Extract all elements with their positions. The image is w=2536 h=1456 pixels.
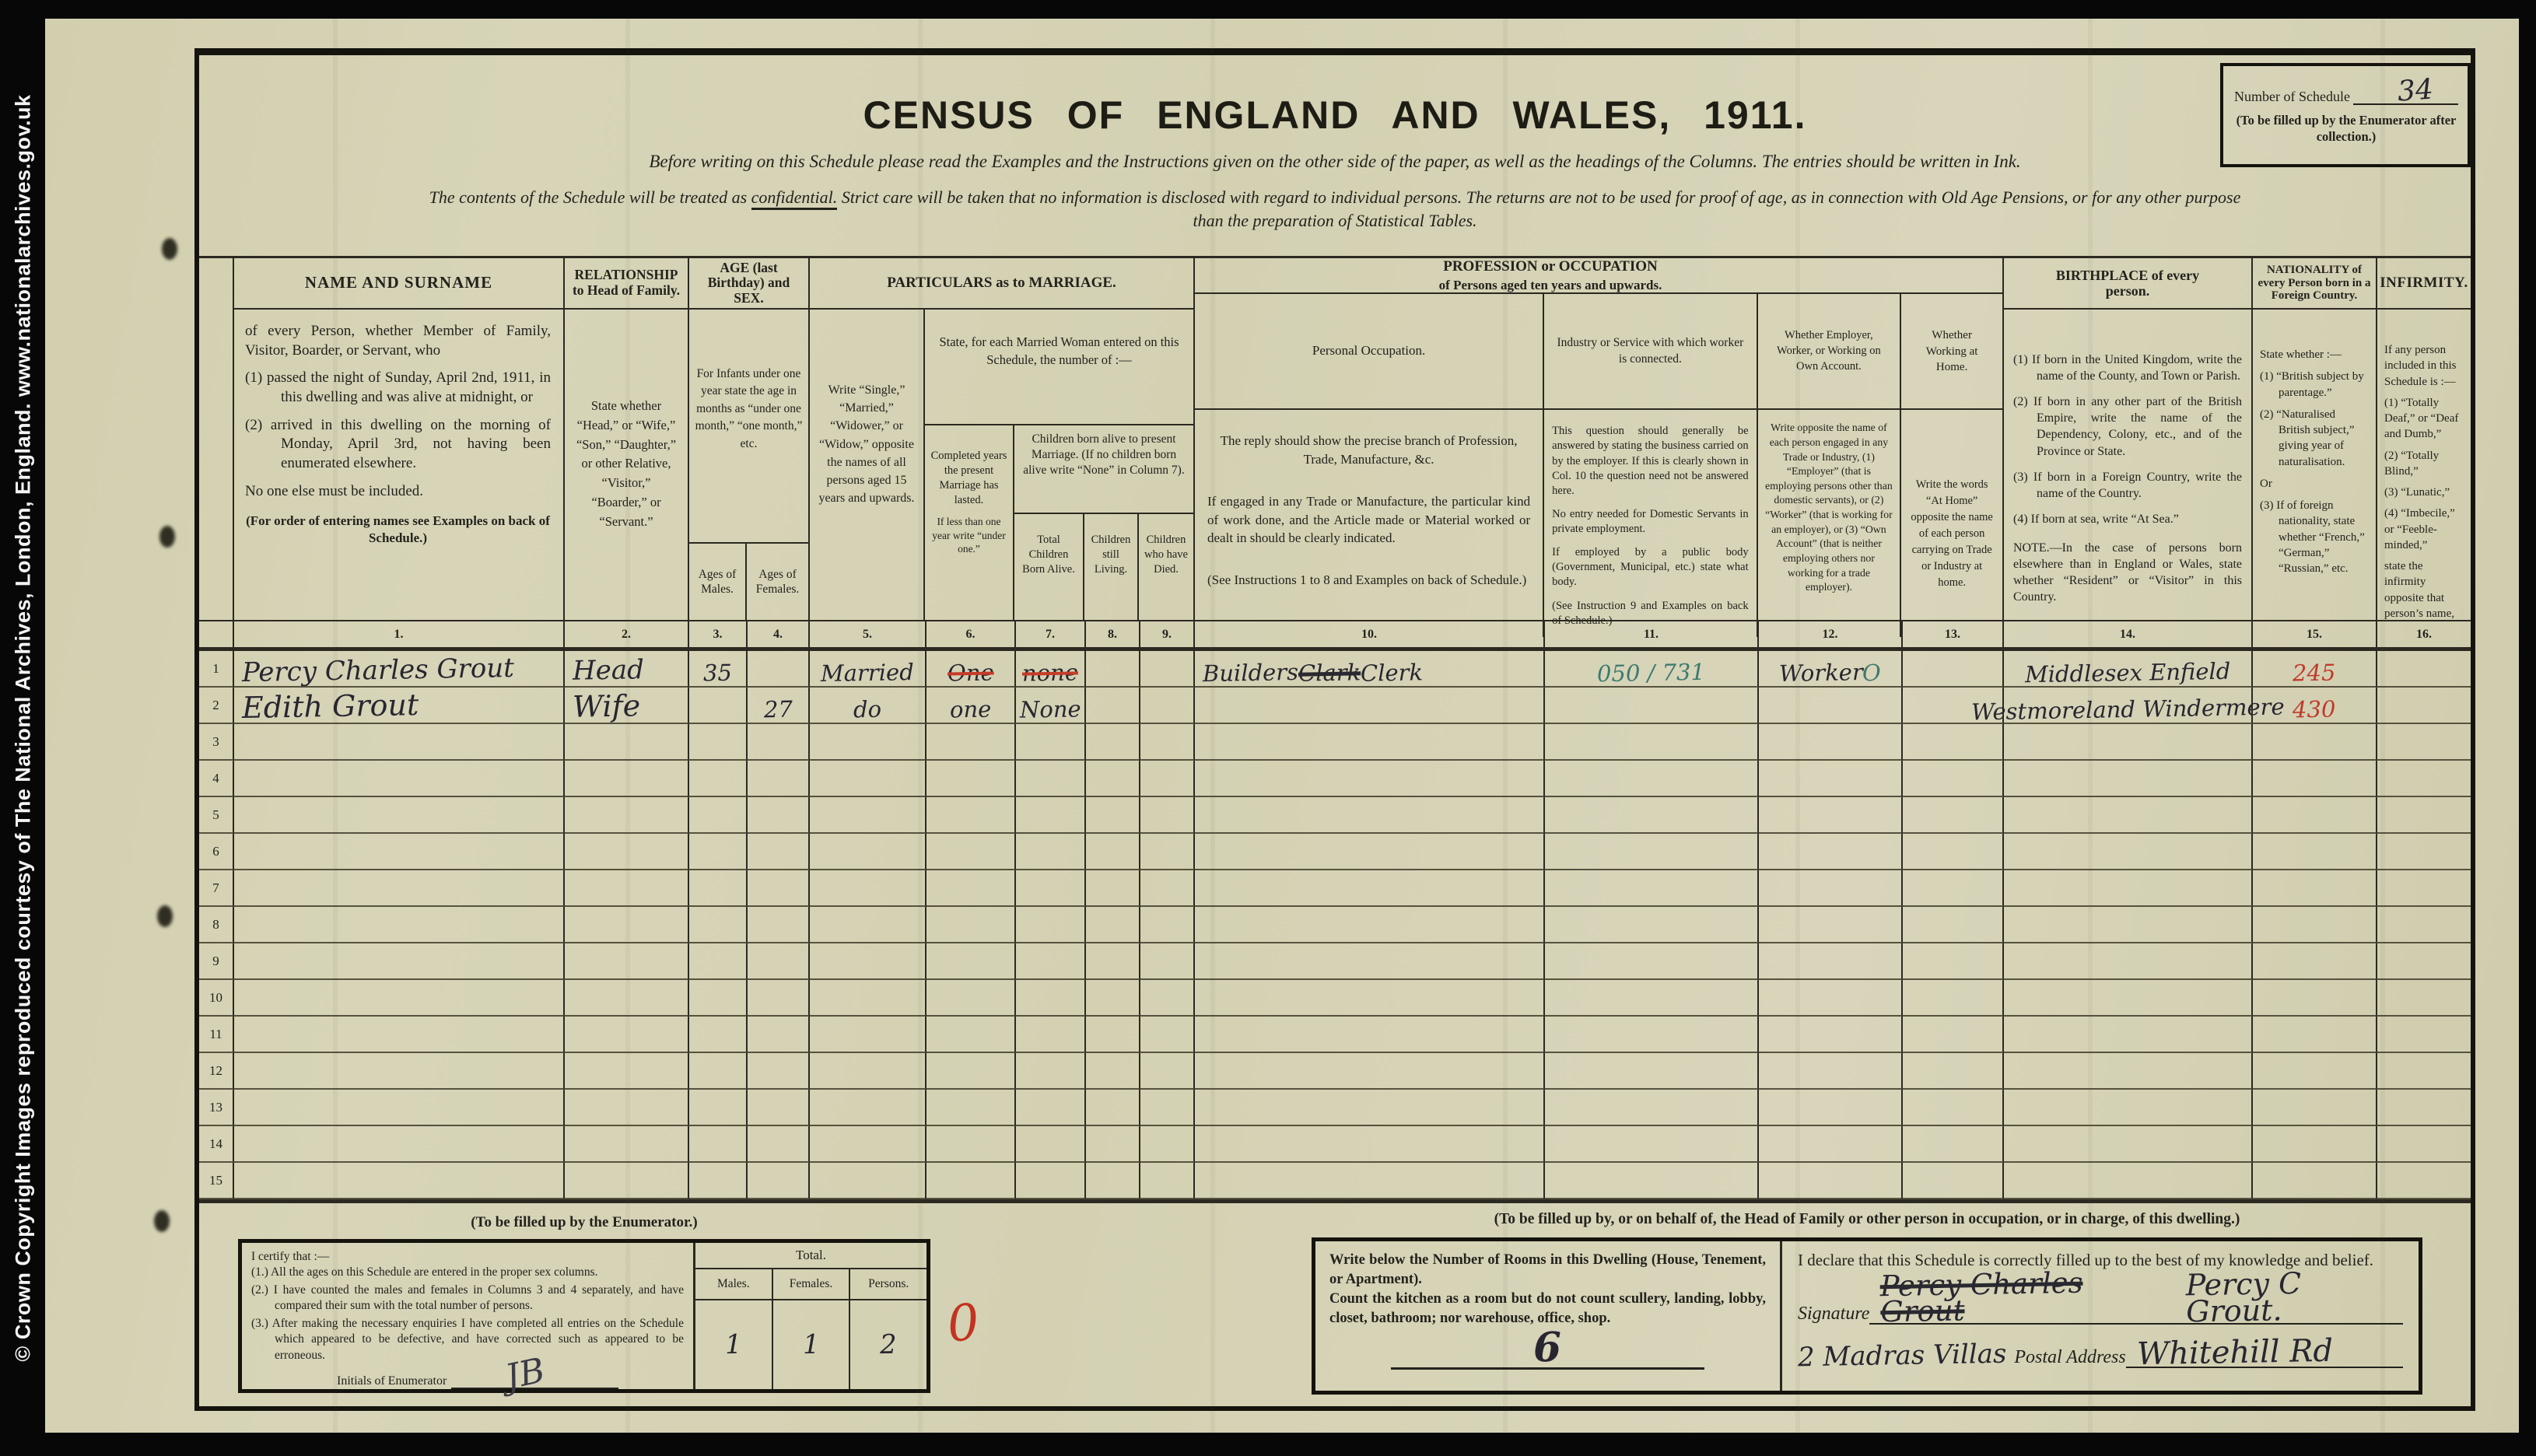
table-cell [1016, 1126, 1086, 1163]
handwritten-entry: 050 / 731 [1597, 662, 1705, 684]
industry-desc: This question should generally be answer… [1544, 410, 1756, 637]
signature-struck: Percy Charles Grout [1880, 1269, 2173, 1325]
row-number: 10 [199, 980, 234, 1017]
column-number: 3. [689, 621, 748, 647]
column-number: 10. [1195, 621, 1545, 647]
column-number: 7. [1016, 621, 1086, 647]
handwritten-entry: Clerk [1361, 662, 1424, 683]
table-cell [1195, 761, 1545, 797]
row-number: 2 [199, 688, 234, 724]
table-cell [1016, 1017, 1086, 1053]
table-cell [1016, 1053, 1086, 1090]
row-number: 8 [199, 907, 234, 943]
table-row: 9 [199, 943, 2471, 980]
at-home-title: Whether Working at Home. [1901, 294, 2002, 410]
table-cell [748, 870, 810, 907]
signature-row: Signature Percy Charles Grout Percy C Gr… [1798, 1293, 2403, 1325]
table-row: 8 [199, 907, 2471, 943]
table-cell: one [926, 688, 1016, 724]
table-cell [810, 1163, 926, 1199]
table-body: 1Percy Charles GroutHead35MarriedOnenone… [199, 651, 2471, 1203]
table-cell [1195, 943, 1545, 980]
postal-address-line: Whitehill Rd [2126, 1337, 2403, 1368]
table-cell [1759, 1053, 1903, 1090]
table-cell [2377, 943, 2471, 980]
table-cell [565, 797, 689, 834]
column-relationship-desc: State whether “Head,” or “Wife,” “Son,” … [565, 310, 688, 620]
table-cell [234, 943, 565, 980]
table-cell [565, 980, 689, 1017]
signature-line: Percy Charles Grout Percy C Grout. [1869, 1293, 2403, 1325]
birthplace-i2: (2) If born in any other part of the Bri… [2013, 394, 2242, 459]
table-cell [1759, 834, 1903, 870]
table-cell [2377, 834, 2471, 870]
table-cell [689, 688, 748, 724]
table-cell: 245 [2253, 651, 2377, 688]
industry-p3: If employed by a public body (Government… [1552, 545, 1748, 590]
table-cell [2004, 1126, 2253, 1163]
table-cell: 050 / 731 [1545, 651, 1759, 688]
column-completed-years: Com­pleted years the present Marriage ha… [925, 425, 1014, 620]
table-cell [2377, 1090, 2471, 1126]
table-cell [926, 980, 1016, 1017]
column-number: 11. [1545, 621, 1759, 647]
table-cell [1759, 943, 1903, 980]
totals-persons-hw: 2 [880, 1333, 897, 1357]
signature-label: Signature [1798, 1304, 1869, 1325]
table-cell [2004, 907, 2253, 943]
handwritten-entry: do [853, 699, 881, 720]
table-cell [1545, 724, 1759, 761]
table-cell [1903, 724, 2004, 761]
table-cell [1086, 1163, 1140, 1199]
form-header: Number of Schedule 34 (To be filled up b… [199, 55, 2471, 256]
table-cell [1545, 980, 1759, 1017]
table-cell [1759, 907, 1903, 943]
table-cell [2377, 797, 2471, 834]
rooms-value-line: 6 [1391, 1330, 1705, 1370]
column-number: 1. [234, 621, 565, 647]
table-cell [926, 1053, 1016, 1090]
handwritten-entry: 35 [703, 663, 732, 684]
table-cell [1545, 1017, 1759, 1053]
row-number: 4 [199, 761, 234, 797]
nationality-i2: (2) “Naturalised British subject,” givin… [2260, 407, 2369, 470]
column-personal-occupation: Personal Occupation. The reply should sh… [1195, 294, 1544, 637]
totals-persons: Persons. 2 [850, 1269, 926, 1389]
census-form-paper: Number of Schedule 34 (To be filled up b… [45, 19, 2519, 1433]
enumerator-certify: I certify that :— [251, 1249, 684, 1265]
table-cell [1545, 797, 1759, 834]
children-intro: Children born alive to present Marriage.… [1014, 425, 1193, 514]
table-cell [2004, 1090, 2253, 1126]
punch-hole [159, 526, 175, 548]
birthplace-i1: (1) If born in the United Kingdom, write… [2013, 352, 2242, 384]
table-cell [1545, 943, 1759, 980]
table-cell [1759, 980, 1903, 1017]
totals-table: Total. Males. 1 Females. 1 Perso [693, 1243, 926, 1389]
table-cell [748, 1126, 810, 1163]
row-number: 13 [199, 1090, 234, 1126]
table-cell [810, 1017, 926, 1053]
personal-occupation-desc: The reply should show the precise branch… [1195, 410, 1543, 637]
table-cell [1140, 688, 1195, 724]
totals-females-value: 1 [773, 1300, 849, 1389]
handwritten-entry: Wife [573, 692, 641, 720]
totals-persons-value: 2 [850, 1300, 926, 1389]
table-cell [810, 797, 926, 834]
table-cell [1545, 907, 1759, 943]
table-cell [748, 1017, 810, 1053]
table-cell: Married [810, 651, 926, 688]
table-cell [1903, 1090, 2004, 1126]
table-cell [1903, 651, 2004, 688]
instruction-line-2-post: Strict care will be taken that no inform… [837, 187, 2240, 207]
table-cell: Worker O [1759, 651, 1903, 688]
table-cell: 27 [748, 688, 810, 724]
totals-males-label: Males. [695, 1269, 772, 1300]
table-cell [1195, 688, 1545, 724]
table-cell [1759, 688, 1903, 724]
table-cell [810, 1053, 926, 1090]
instruction-line-3: than the preparation of Statistical Tabl… [199, 211, 2471, 231]
table-cell [1545, 1090, 1759, 1126]
table-cell [748, 1053, 810, 1090]
column-birthplace-title: BIRTHPLACE of every person. [2004, 258, 2251, 310]
table-cell [1016, 724, 1086, 761]
column-number: 12. [1759, 621, 1903, 647]
table-cell [1086, 907, 1140, 943]
column-relationship: RELATIONSHIP to Head of Family. State wh… [565, 258, 689, 620]
table-cell [1086, 688, 1140, 724]
married-woman-intro: State, for each Married Woman entered on… [925, 310, 1193, 425]
table-row: 2Edith GroutWife27dooneNoneWestmoreland … [199, 688, 2471, 724]
name-desc-item2: (2) arrived in this dwelling on the morn… [245, 416, 551, 474]
infirmity-i3: (3) “Lunatic,” [2384, 485, 2464, 500]
column-number: 14. [2004, 621, 2253, 647]
table-cell [2004, 980, 2253, 1017]
table-cell [2004, 1163, 2253, 1199]
table-cell [1140, 980, 1195, 1017]
table-cell: Percy Charles Grout [234, 651, 565, 688]
table-cell [1086, 797, 1140, 834]
column-industry: Industry or Service with which worker is… [1544, 294, 1757, 637]
row-number-column-spacer [199, 258, 234, 620]
table-cell [1759, 1163, 1903, 1199]
table-cell [565, 724, 689, 761]
completed-years-main: Com­pleted years the present Marriage ha… [929, 449, 1009, 507]
table-cell [2377, 870, 2471, 907]
table-cell [810, 870, 926, 907]
table-row: 10 [199, 980, 2471, 1017]
table-cell [748, 761, 810, 797]
table-cell [2253, 1017, 2377, 1053]
table-cell [810, 761, 926, 797]
declaration-cell: I declare that this Schedule is correctl… [1782, 1241, 2419, 1391]
name-desc-intro: of every Person, whether Member of Famil… [245, 322, 551, 360]
column-number: 16. [2377, 621, 2471, 647]
table-cell [689, 797, 748, 834]
table-cell [2253, 797, 2377, 834]
profession-subrow: Personal Occupation. The reply should sh… [1195, 294, 2002, 637]
column-birthplace-desc: (1) If born in the United Kingdom, write… [2004, 310, 2251, 620]
table-row: 13 [199, 1090, 2471, 1126]
table-cell [1759, 761, 1903, 797]
table-cell [565, 1090, 689, 1126]
table-cell [748, 943, 810, 980]
table-cell [1016, 834, 1086, 870]
birthplace-i3: (3) If born in a Foreign Country, write … [2013, 469, 2242, 502]
table-cell [1545, 870, 1759, 907]
table-cell [1903, 1053, 2004, 1090]
household-box: Write below the Number of Rooms in this … [1312, 1237, 2422, 1395]
table-cell [689, 870, 748, 907]
table-cell [926, 943, 1016, 980]
enumerator-initials-value: JB [503, 1351, 548, 1398]
table-row: 1Percy Charles GroutHead35MarriedOnenone… [199, 651, 2471, 688]
table-cell [2377, 1163, 2471, 1199]
column-children-living: Children still Living. [1084, 514, 1139, 620]
table-cell [1903, 834, 2004, 870]
table-cell [689, 1163, 748, 1199]
table-cell [1903, 943, 2004, 980]
postal-address-label: Postal Address [2014, 1347, 2125, 1368]
table-cell: Westmoreland Windermere [2004, 688, 2253, 724]
column-group-marriage: PARTICULARS as to MARRIAGE. Write “Singl… [810, 258, 1195, 620]
employer-title: Whether Employer, Worker, or Working on … [1758, 294, 1900, 410]
table-cell [689, 1017, 748, 1053]
name-desc-noone: No one else must be included. [245, 482, 551, 502]
table-cell [1016, 907, 1086, 943]
column-number-spacer [199, 621, 234, 647]
table-cell [1086, 1053, 1140, 1090]
table-cell [2377, 907, 2471, 943]
table-cell [689, 834, 748, 870]
table-cell [1140, 761, 1195, 797]
column-numbers-row: 1.2.3.4.5.6.7.8.9.10.11.12.13.14.15.16. [199, 621, 2471, 651]
table-cell [748, 1163, 810, 1199]
row-number: 9 [199, 943, 234, 980]
children-group: Children born alive to present Marriage.… [1014, 425, 1193, 620]
name-desc-order: (For order of entering names see Example… [245, 513, 551, 547]
table-row: 11 [199, 1017, 2471, 1053]
personal-occupation-p2: If engaged in any Trade or Manufacture, … [1207, 492, 1530, 548]
personal-occupation-p3: (See Instructions 1 to 8 and Examples on… [1207, 571, 1530, 590]
table-cell [689, 1126, 748, 1163]
handwritten-entry: O [1862, 663, 1881, 684]
column-marriage-title: PARTICULARS as to MARRIAGE. [810, 258, 1193, 310]
punch-hole [157, 905, 173, 927]
table-cell [810, 980, 926, 1017]
table-cell [2377, 1126, 2471, 1163]
table-cell [234, 980, 565, 1017]
table-cell [1903, 1126, 2004, 1163]
table-cell [234, 1126, 565, 1163]
table-cell [234, 907, 565, 943]
table-cell [926, 1017, 1016, 1053]
at-home-desc: Write the words “At Home” opposite the n… [1901, 410, 2002, 637]
instruction-line-2-pre: The contents of the Schedule will be tre… [429, 187, 751, 207]
table-cell [2253, 943, 2377, 980]
punch-hole [154, 1210, 170, 1232]
table-cell: do [810, 688, 926, 724]
scanned-census-page: © Crown Copyright Images reproduced cour… [0, 0, 2536, 1456]
totals-females-label: Females. [773, 1269, 849, 1300]
column-infirmity: INFIRMITY. If any person included in thi… [2377, 258, 2471, 620]
marriage-subrow-2: Com­pleted years the present Marriage ha… [925, 425, 1193, 620]
table-cell [1903, 1017, 2004, 1053]
table-cell [748, 834, 810, 870]
table-row: 5 [199, 797, 2471, 834]
age-subcolumns: Ages of Males. Ages of Females. [689, 542, 808, 620]
table-cell [234, 834, 565, 870]
table-cell [1759, 797, 1903, 834]
table-cell [1086, 834, 1140, 870]
table-cell [1140, 1126, 1195, 1163]
table-cell [2377, 980, 2471, 1017]
infirmity-i1: (1) “Totally Deaf,” or “Deaf and Dumb,” [2384, 395, 2464, 443]
table-cell [1545, 1163, 1759, 1199]
table-cell: Head [565, 651, 689, 688]
enumerator-item1: (1.) All the ages on this Schedule are e… [251, 1265, 684, 1280]
table-cell [1140, 943, 1195, 980]
table-cell [1903, 870, 2004, 907]
table-cell [1016, 870, 1086, 907]
table-cell [1759, 724, 1903, 761]
column-ages-males: Ages of Males. [689, 544, 747, 620]
enumerator-initials-line: JB [451, 1374, 618, 1389]
table-cell [748, 651, 810, 688]
table-cell [565, 1163, 689, 1199]
handwritten-entry: Clark [1298, 662, 1361, 683]
table-cell [234, 1053, 565, 1090]
handwritten-entry: None [1019, 698, 1081, 719]
row-number: 1 [199, 651, 234, 688]
table-cell [926, 870, 1016, 907]
table-cell [926, 724, 1016, 761]
table-cell [1195, 724, 1545, 761]
table-cell [2253, 870, 2377, 907]
table-cell [1086, 1090, 1140, 1126]
table-cell [565, 943, 689, 980]
table-cell [1195, 797, 1545, 834]
table-cell [2004, 943, 2253, 980]
table-cell [1195, 1053, 1545, 1090]
schedule-number-value: 34 [2396, 73, 2434, 107]
table-cell [2377, 1053, 2471, 1090]
column-number: 9. [1140, 621, 1195, 647]
table-cell [748, 1090, 810, 1126]
table-cell [1086, 724, 1140, 761]
totals-females: Females. 1 [773, 1269, 851, 1389]
row-number: 6 [199, 834, 234, 870]
table-cell [1195, 1090, 1545, 1126]
column-age-infants: For Infants under one year state the age… [689, 310, 808, 542]
column-children-died: Children who have Died. [1139, 514, 1193, 620]
column-infirmity-desc: If any person included in this Schedule … [2377, 310, 2471, 620]
table-cell [810, 724, 926, 761]
table-cell [2253, 1053, 2377, 1090]
column-number: 5. [810, 621, 926, 647]
table-cell [2253, 980, 2377, 1017]
table-cell [926, 907, 1016, 943]
table-cell [810, 943, 926, 980]
handwritten-entry: Middlesex Enfield [2025, 661, 2231, 685]
column-number: 13. [1903, 621, 2004, 647]
table-cell [1140, 1090, 1195, 1126]
table-cell [1545, 834, 1759, 870]
table-cell [1086, 1126, 1140, 1163]
table-cell [1140, 1163, 1195, 1199]
handwritten-entry: Edith Grout [242, 691, 419, 721]
row-number: 7 [199, 870, 234, 907]
personal-occupation-title: Personal Occupation. [1195, 294, 1543, 410]
table-cell [2377, 761, 2471, 797]
table-cell [2377, 688, 2471, 724]
table-cell [1545, 1126, 1759, 1163]
confidential-underlined: confidential. [751, 187, 838, 210]
table-cell: None [1016, 688, 1086, 724]
column-group-profession: PROFESSION or OCCUPATION of Persons aged… [1195, 258, 2004, 620]
table-cell [810, 1090, 926, 1126]
schedule-number-box: Number of Schedule 34 (To be filled up b… [2220, 63, 2471, 167]
birthplace-i4: (4) If born at sea, write “At Sea.” [2013, 511, 2242, 527]
table-cell [1759, 870, 1903, 907]
column-working-at-home: Whether Working at Home. Write the words… [1901, 294, 2002, 637]
table-cell [1140, 724, 1195, 761]
table-cell [565, 1053, 689, 1090]
marriage-married-woman-group: State, for each Married Woman entered on… [925, 310, 1193, 620]
table-cell [1545, 761, 1759, 797]
table-cell [1086, 651, 1140, 688]
children-subcolumns: Total Children Born Alive. Children stil… [1014, 514, 1193, 620]
address-handwritten: 2 Madras Villas [1798, 1342, 2007, 1370]
column-marriage-write: Write “Single,” “Married,” “Widower,” or… [810, 310, 925, 620]
handwritten-entry: 27 [763, 699, 792, 720]
column-nationality: NATIONALITY of every Person born in a Fo… [2253, 258, 2377, 620]
table-cell [1903, 980, 2004, 1017]
table-cell: Edith Grout [234, 688, 565, 724]
table-cell [234, 724, 565, 761]
table-row: 6 [199, 834, 2471, 870]
table-cell [1016, 761, 1086, 797]
table-cell [1195, 980, 1545, 1017]
column-number: 8. [1086, 621, 1140, 647]
nationality-or: Or [2260, 476, 2369, 492]
row-number: 12 [199, 1053, 234, 1090]
row-number: 14 [199, 1126, 234, 1163]
table-row: 4 [199, 761, 2471, 797]
column-name-desc: of every Person, whether Member of Famil… [234, 310, 563, 620]
table-cell [748, 797, 810, 834]
column-number: 6. [926, 621, 1016, 647]
table-cell [565, 870, 689, 907]
schedule-number-line: Number of Schedule 34 [2234, 86, 2458, 105]
row-number: 11 [199, 1017, 234, 1053]
column-relationship-title: RELATIONSHIP to Head of Family. [565, 258, 688, 310]
column-number: 15. [2253, 621, 2377, 647]
table-cell [234, 870, 565, 907]
copyright-strip: © Crown Copyright Images reproduced cour… [13, 94, 34, 1361]
table-cell [1195, 834, 1545, 870]
handwritten-entry: Westmoreland Windermere [1970, 696, 2284, 722]
table-cell [1759, 1126, 1903, 1163]
infirmity-outro: state the infirmity opposite that person… [2384, 558, 2464, 620]
table-cell [1140, 870, 1195, 907]
personal-occupation-p1: The reply should show the precise branch… [1207, 432, 1530, 469]
enumerator-item3: (3.) After making the necessary enquirie… [251, 1316, 684, 1363]
table-cell [1140, 907, 1195, 943]
